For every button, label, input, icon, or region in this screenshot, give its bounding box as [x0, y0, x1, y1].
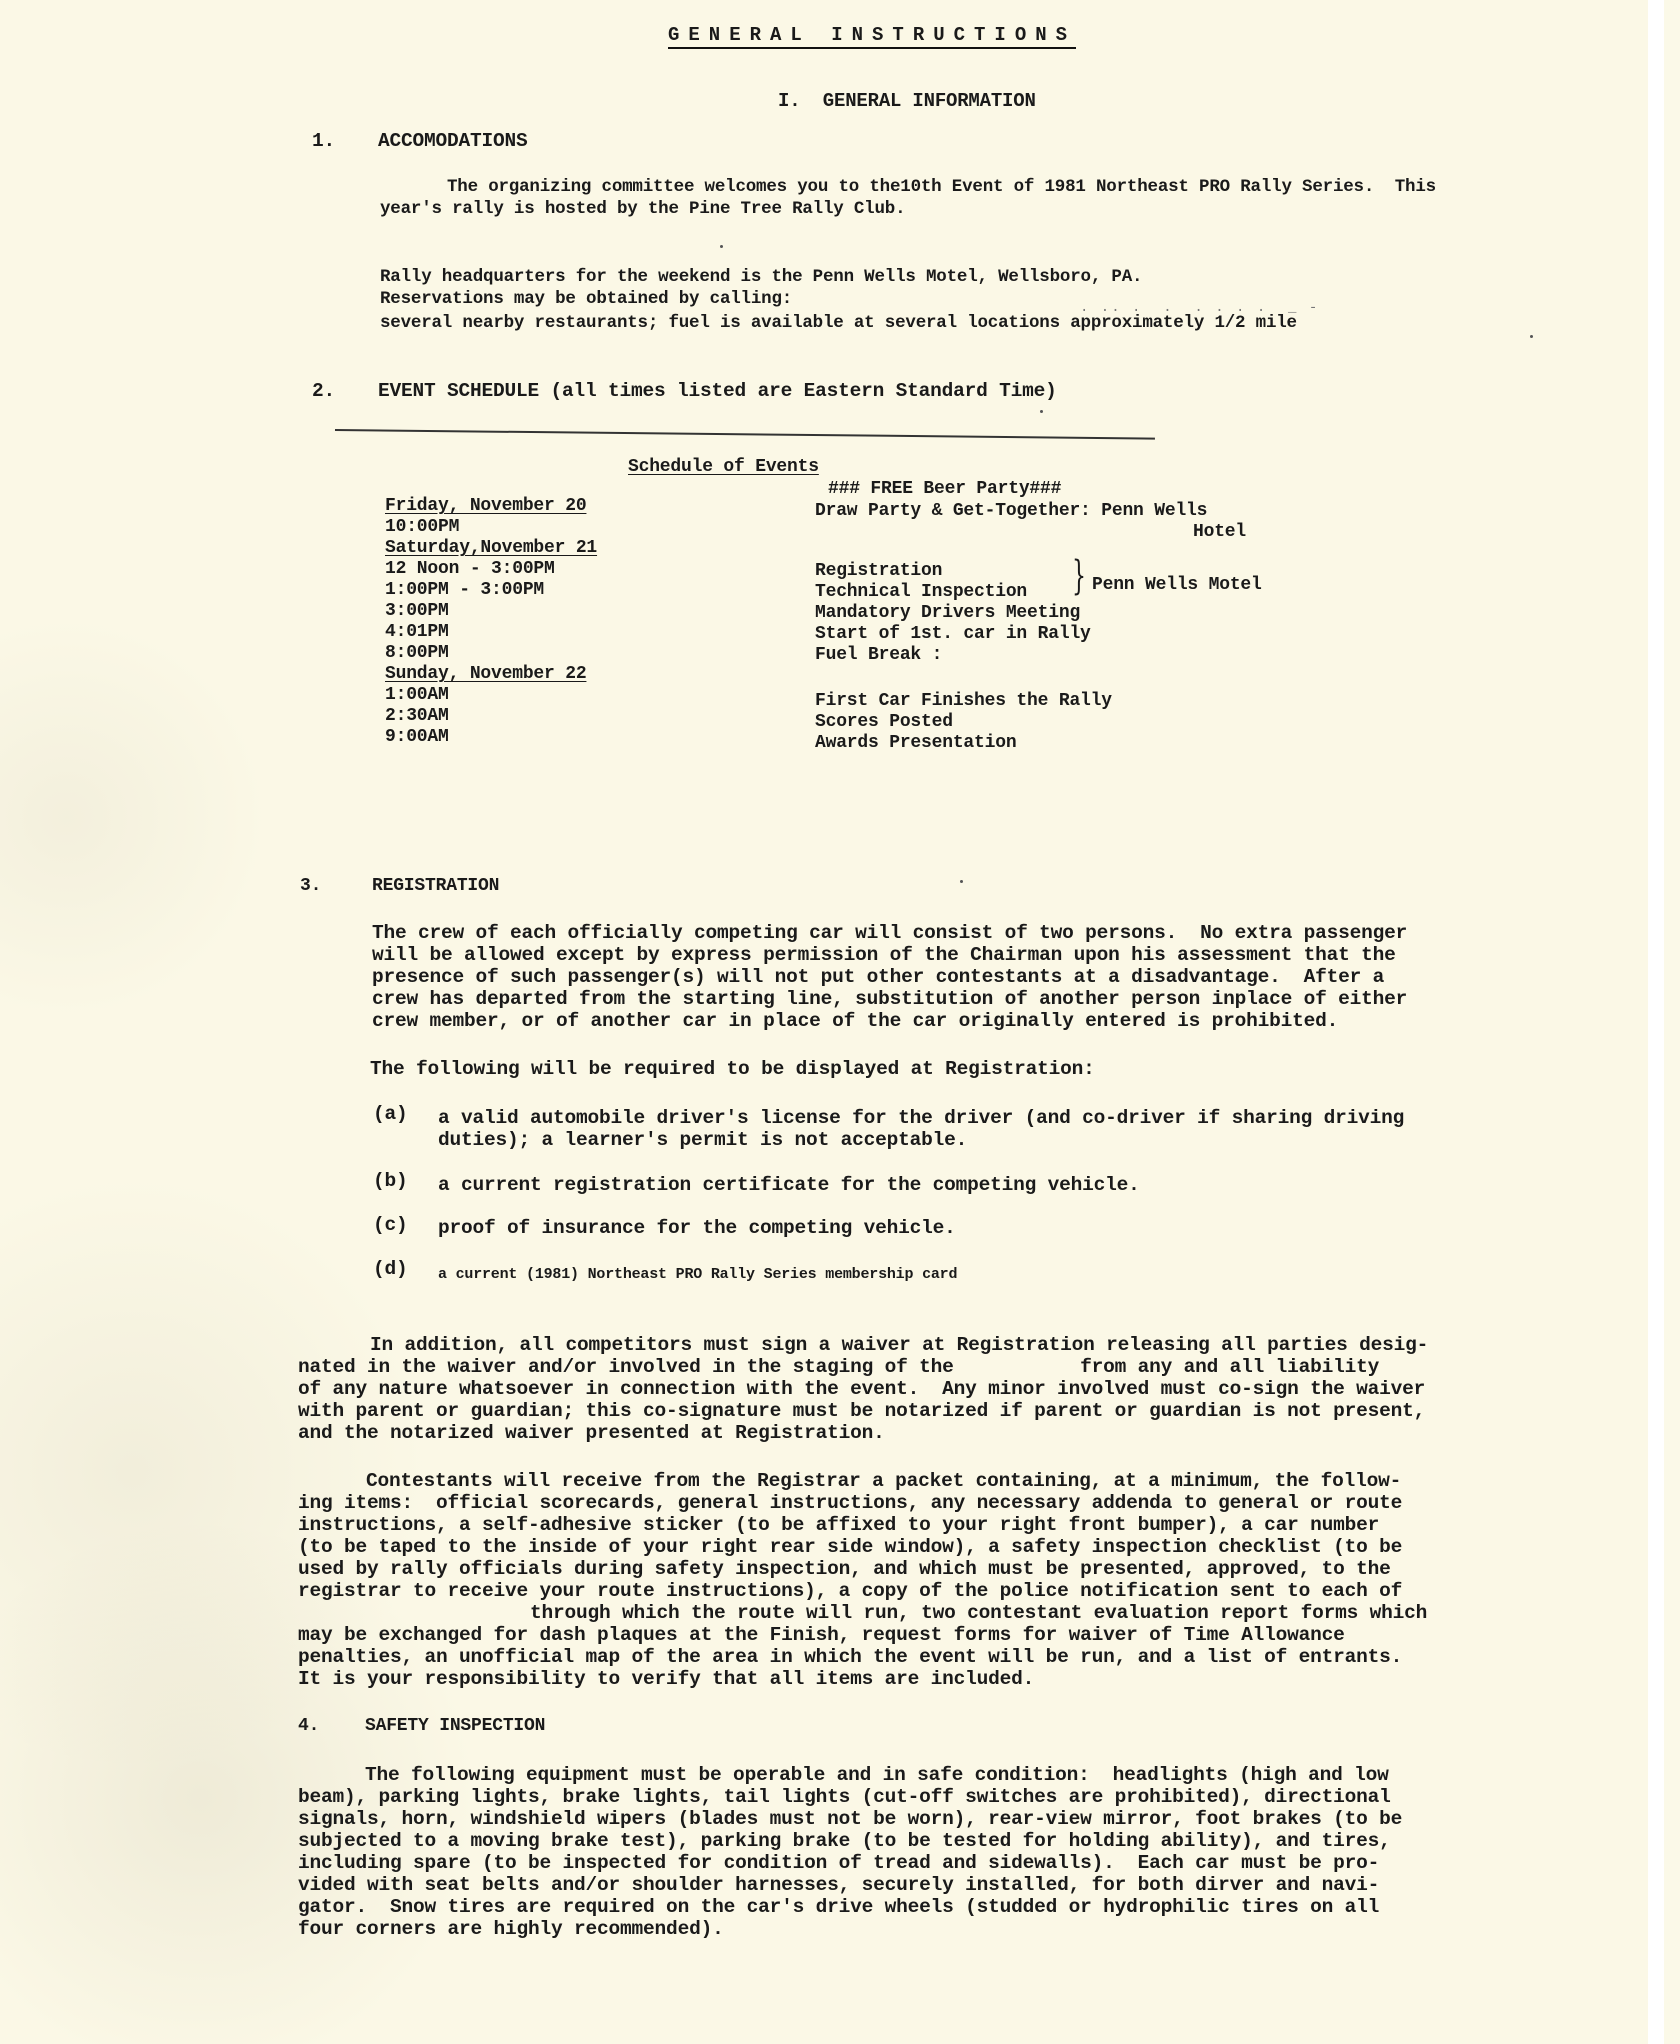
day-sunday: Sunday, November 22	[385, 663, 586, 685]
section-heading-registration: REGISTRATION	[372, 875, 499, 897]
scan-speck	[1530, 335, 1533, 338]
welcome-line-1: The organizing committee welcomes you to…	[447, 176, 1436, 198]
time-sat-1: 12 Noon - 3:00PM	[385, 558, 555, 580]
part-heading: I. GENERAL INFORMATION	[778, 90, 1036, 112]
time-fri-1: 10:00PM	[385, 516, 459, 538]
time-sun-2: 2:30AM	[385, 705, 449, 727]
welcome-line-2: year's rally is hosted by the Pine Tree …	[380, 198, 905, 220]
restaurants-line: several nearby restaurants; fuel is avai…	[380, 312, 1297, 334]
scan-speck	[960, 880, 963, 883]
reservations-line: Reservations may be obtained by calling:	[380, 288, 792, 310]
day-saturday: Saturday,November 21	[385, 537, 597, 559]
event-location-penn-wells-motel: Penn Wells Motel	[1092, 574, 1262, 596]
free-beer-banner: ### FREE Beer Party###	[828, 478, 1061, 500]
day-friday: Friday, November 20	[385, 495, 586, 517]
document-title: GENERAL INSTRUCTIONS	[668, 24, 1076, 49]
event-draw-party-location: Hotel	[1193, 521, 1246, 543]
event-draw-party: Draw Party & Get-Together: Penn Wells	[815, 500, 1207, 522]
section-number-1: 1.	[312, 130, 335, 152]
section-number-4: 4.	[298, 1715, 319, 1737]
scan-speck	[1040, 410, 1043, 413]
event-first-car-finishes: First Car Finishes the Rally	[815, 690, 1112, 712]
event-registration: Registration	[815, 560, 942, 582]
time-sat-2: 1:00PM - 3:00PM	[385, 579, 544, 601]
event-drivers-meeting: Mandatory Drivers Meeting	[815, 602, 1080, 624]
schedule-title: Schedule of Events	[628, 456, 819, 478]
section-number-3: 3.	[300, 875, 321, 897]
time-sat-4: 4:01PM	[385, 621, 449, 643]
required-intro: The following will be required to be dis…	[370, 1058, 1095, 1080]
event-fuel-break: Fuel Break :	[815, 644, 942, 666]
time-sun-1: 1:00AM	[385, 684, 449, 706]
scan-margin	[1648, 0, 1664, 2044]
time-sun-3: 9:00AM	[385, 726, 449, 748]
scanned-page: GENERAL INSTRUCTIONS I. GENERAL INFORMAT…	[0, 0, 1664, 2044]
scan-speck	[720, 245, 723, 248]
section-heading-accommodations: ACCOMODATIONS	[378, 130, 528, 152]
event-technical-inspection: Technical Inspection	[815, 581, 1027, 603]
section-heading-event-schedule: EVENT SCHEDULE (all times listed are Eas…	[378, 380, 1057, 402]
event-start-rally: Start of 1st. car in Rally	[815, 623, 1091, 645]
brace-glyph: }	[1072, 556, 1086, 596]
time-sat-5: 8:00PM	[385, 642, 449, 664]
time-sat-3: 3:00PM	[385, 600, 449, 622]
section-heading-safety-inspection: SAFETY INSPECTION	[365, 1715, 545, 1737]
headquarters-line: Rally headquarters for the weekend is th…	[380, 266, 1142, 288]
divider-rule	[335, 429, 1155, 440]
event-scores-posted: Scores Posted	[815, 711, 953, 733]
section-number-2: 2.	[312, 380, 335, 402]
event-awards: Awards Presentation	[815, 732, 1016, 754]
